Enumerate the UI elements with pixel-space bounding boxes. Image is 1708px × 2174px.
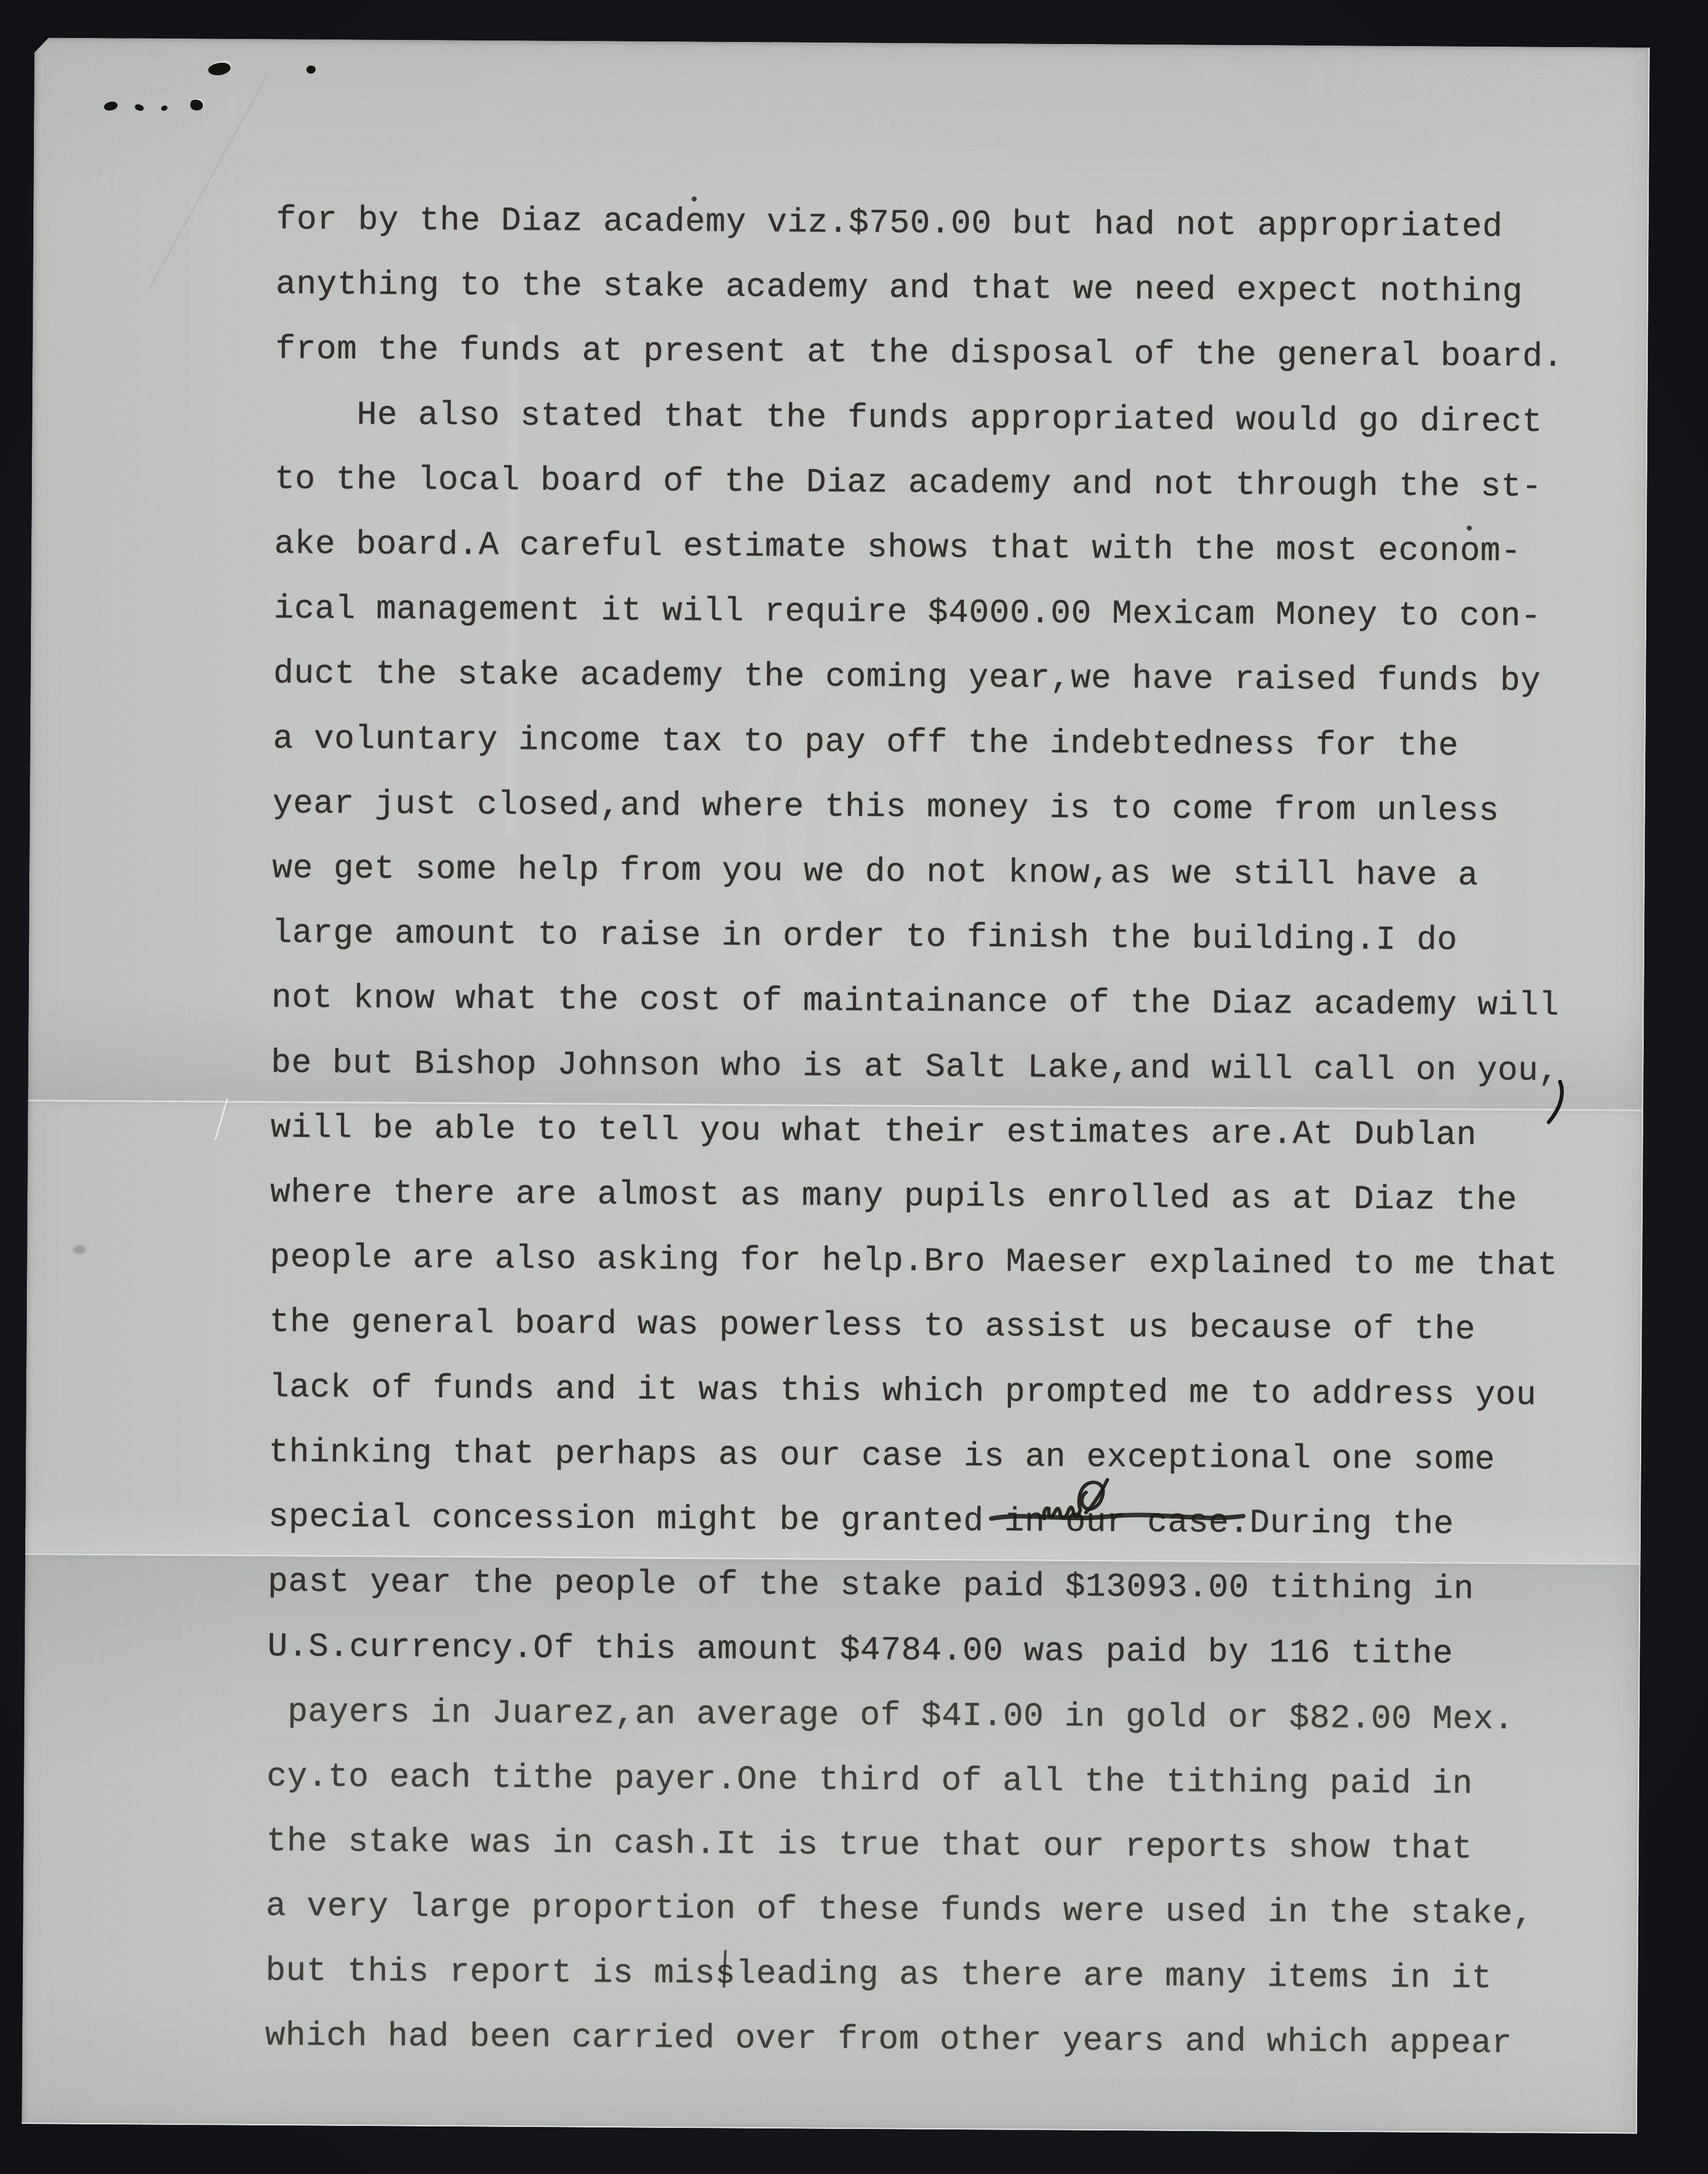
typed-line: we get some help from you we do not know… bbox=[272, 851, 1478, 894]
typed-line: U.S.currency.Of this amount $4784.00 was… bbox=[267, 1629, 1453, 1671]
typed-line: ical management it will require $4000.00… bbox=[274, 591, 1542, 634]
typed-line: be but Bishop Johnson who is at Salt Lak… bbox=[271, 1046, 1559, 1089]
typed-line: where there are almost as many pupils en… bbox=[270, 1175, 1517, 1218]
handwritten-comma-mark bbox=[1544, 1078, 1567, 1127]
typed-line: not know what the cost of maintainance o… bbox=[271, 980, 1559, 1024]
typed-line: the general board was powerless to assis… bbox=[269, 1305, 1475, 1348]
typed-line: for by the Diaz academy viz.$750.00 but … bbox=[276, 202, 1503, 245]
paper-smudge bbox=[73, 1245, 86, 1254]
overtype-dot-mark bbox=[1467, 526, 1472, 531]
typed-line: He also stated that the funds appropriat… bbox=[275, 397, 1543, 440]
ink-speck bbox=[160, 105, 168, 112]
letter-page: for by the Diaz academy viz.$750.00 but … bbox=[22, 37, 1650, 2134]
typed-line: anything to the stake academy and that w… bbox=[276, 267, 1523, 310]
ink-speck bbox=[103, 101, 118, 111]
typed-line: thinking that perhaps as our case is an … bbox=[269, 1435, 1496, 1478]
typed-line: to the local board of the Diaz academy a… bbox=[275, 462, 1543, 505]
typed-line: people are also asking for help.Bro Maes… bbox=[270, 1240, 1558, 1283]
typed-line: payers in Juarez,an average of $4I.00 in… bbox=[267, 1694, 1514, 1737]
typed-line: a voluntary income tax to pay off the in… bbox=[273, 721, 1459, 764]
typed-line: lack of funds and it was this which prom… bbox=[269, 1370, 1537, 1413]
typed-line: large amount to raise in order to finish… bbox=[272, 915, 1458, 958]
typed-line: special concession might be granted in o… bbox=[268, 1499, 1454, 1542]
typed-line: duct the stake academy the coming year,w… bbox=[273, 656, 1541, 699]
typed-line: year just closed,and where this money is… bbox=[273, 786, 1500, 829]
overtyped-char: e bbox=[685, 203, 706, 241]
overtyped-char: o bbox=[1460, 532, 1480, 570]
letter-body: for by the Diaz academy viz.$750.00 but … bbox=[265, 39, 1603, 2132]
overtype-dot-mark bbox=[692, 196, 697, 201]
ink-speck bbox=[134, 103, 144, 111]
ink-speck bbox=[190, 99, 203, 111]
typed-line: the stake was in cash.It is true that ou… bbox=[266, 1824, 1472, 1867]
typed-line: which had been carried over from other y… bbox=[265, 2018, 1512, 2061]
scan-background: for by the Diaz academy viz.$750.00 but … bbox=[0, 0, 1708, 2174]
typed-line: past year the people of the stake paid $… bbox=[268, 1564, 1474, 1607]
overtyped-char: s bbox=[715, 1955, 736, 1993]
ink-blot bbox=[207, 61, 232, 78]
typed-line: a very large proportion of these funds w… bbox=[266, 1889, 1533, 1932]
typed-line: ake board.A careful estimate shows that … bbox=[274, 526, 1521, 569]
typed-line: but this report is missleading as there … bbox=[266, 1953, 1492, 1996]
typed-line: from the funds at present at the disposa… bbox=[275, 331, 1563, 375]
typed-line: will be able to tell you what their esti… bbox=[271, 1110, 1477, 1153]
handwritten-us-scribble bbox=[1041, 1478, 1138, 1531]
scratch-mark bbox=[215, 1098, 228, 1140]
typed-line: cy.to each tithe payer.One third of all … bbox=[267, 1759, 1473, 1802]
